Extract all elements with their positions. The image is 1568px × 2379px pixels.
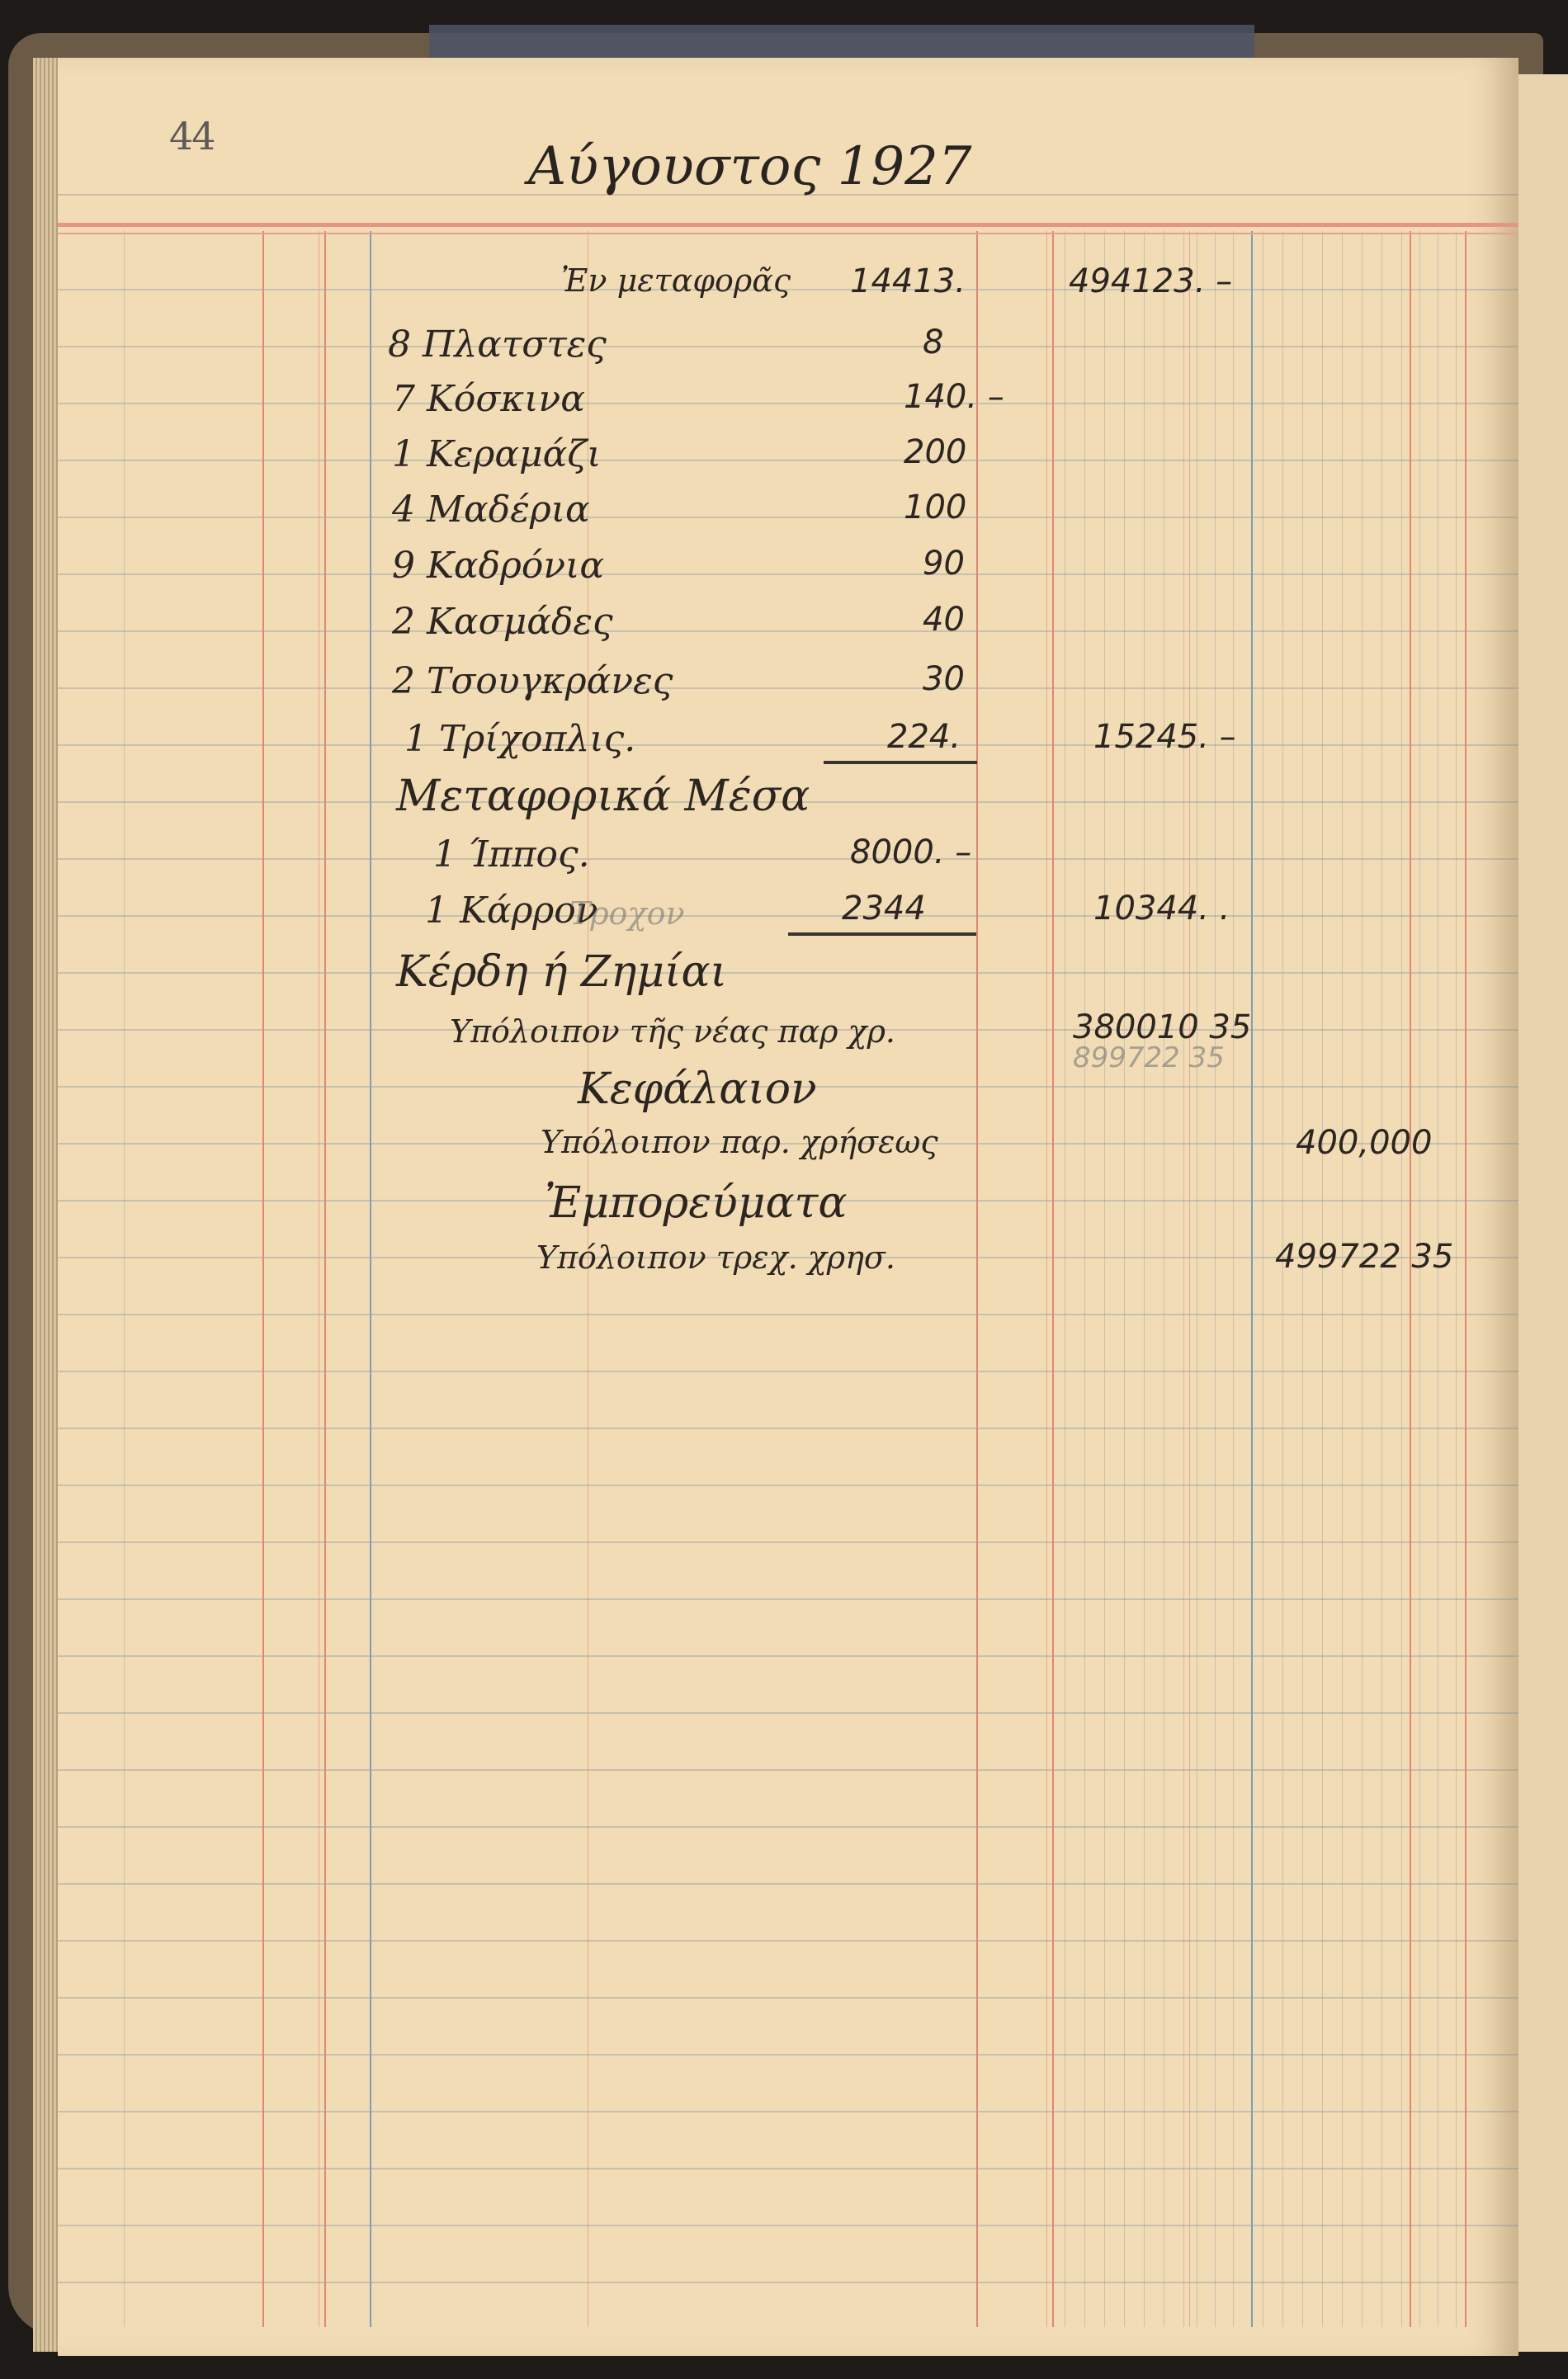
- ruled-line: [58, 1655, 1518, 1657]
- digit-rule: [1401, 231, 1402, 2327]
- total-cents-rule: [1189, 231, 1190, 2327]
- entry-label: 4 Μαδέρια: [392, 489, 590, 531]
- digit-rule: [1282, 231, 1283, 2327]
- ruled-line: [58, 2168, 1518, 2169]
- entry-label: Υπόλοιπον τρεχ. χρησ.: [536, 1239, 895, 1276]
- total-column-rule: [1052, 231, 1054, 2327]
- header-red-rule-thin: [58, 233, 1518, 234]
- digit-rule: [1263, 231, 1263, 2327]
- digit-rule: [1124, 231, 1125, 2327]
- entry-amount: 200: [904, 433, 966, 471]
- page-number: 44: [169, 114, 215, 158]
- amount-column-rule: [976, 231, 978, 2327]
- entry-amount: 224.: [887, 718, 961, 756]
- ruled-line: [58, 1598, 1518, 1600]
- ruled-line: [58, 1712, 1518, 1714]
- digit-rule: [1456, 231, 1457, 2327]
- digit-rule: [1438, 231, 1438, 2327]
- ruled-line: [58, 858, 1518, 860]
- ruled-line: [58, 972, 1518, 974]
- carried-forward-total: 494123. –: [1069, 262, 1232, 300]
- entry-total: 10344. .: [1093, 890, 1230, 928]
- ruled-line: [58, 2054, 1518, 2056]
- entry-amount: 90: [923, 545, 965, 583]
- ruled-line: [58, 1541, 1518, 1543]
- ruled-line: [58, 1371, 1518, 1372]
- entry-label: 2 Κασμάδες: [392, 601, 613, 643]
- entry-label: 9 Καδρόνια: [392, 545, 604, 587]
- digit-rule: [1144, 231, 1145, 2327]
- subtotal-underline: [788, 932, 976, 936]
- section-heading: Κεφάλαιον: [578, 1064, 817, 1114]
- digit-rule: [1302, 231, 1303, 2327]
- digit-rule: [1065, 231, 1065, 2327]
- ruled-line: [58, 915, 1518, 917]
- entry-grand-total: 499722 35: [1275, 1238, 1453, 1276]
- ruled-line: [58, 1940, 1518, 1942]
- ruled-line: [58, 517, 1518, 518]
- ruled-line: [58, 1428, 1518, 1429]
- digit-rule: [1183, 231, 1184, 2327]
- ruled-line: [58, 744, 1518, 746]
- ruled-line: [58, 574, 1518, 575]
- digit-rule: [1419, 231, 1420, 2327]
- digit-rule: [1381, 231, 1382, 2327]
- digit-rule: [1233, 231, 1234, 2327]
- description-column-rule: [370, 231, 371, 2327]
- subtotal-underline: [824, 761, 977, 764]
- entry-amount: 140. –: [904, 378, 1004, 416]
- digit-rule: [1197, 231, 1197, 2327]
- pencil-note: Τροχον: [569, 895, 685, 932]
- digit-rule: [1322, 231, 1323, 2327]
- ruled-line: [58, 346, 1518, 347]
- margin-rule: [124, 231, 125, 2327]
- carried-forward-label: Ἐν μεταφορᾶς: [561, 262, 791, 299]
- entry-grand-total: 400,000: [1296, 1124, 1432, 1162]
- ruled-line: [58, 687, 1518, 689]
- digit-rule: [1164, 231, 1164, 2327]
- pencil-note: 899722 35: [1073, 1041, 1225, 1074]
- page-title: Αύγουστος 1927: [528, 136, 972, 197]
- ruled-line: [58, 403, 1518, 404]
- entry-label: 1 Ίππος.: [433, 833, 590, 876]
- ruled-line: [58, 460, 1518, 461]
- ruled-line: [58, 1883, 1518, 1885]
- right-margin-rule: [1465, 231, 1466, 2327]
- entry-label: 7 Κόσκινα: [392, 378, 585, 420]
- digit-rule: [1362, 231, 1363, 2327]
- section-heading: Μεταφορικά Μέσα: [396, 772, 810, 821]
- entry-label: 2 Τσουγκράνες: [392, 660, 673, 702]
- entry-amount: 30: [923, 660, 965, 698]
- entry-amount: 8: [923, 323, 943, 361]
- date-column-rule: [262, 231, 264, 2327]
- ruled-line: [58, 2282, 1518, 2283]
- ruled-line: [58, 1314, 1518, 1315]
- digit-rule: [1104, 231, 1105, 2327]
- entry-label: Υπόλοιπον τῆς νέας παρ χρ.: [450, 1013, 895, 1050]
- section-heading: Ἐμπορεύματα: [545, 1178, 848, 1228]
- entry-amount: 2344: [842, 890, 926, 928]
- entry-label: Υπόλοιπον παρ. χρήσεως: [541, 1124, 938, 1160]
- entry-label: 8 Πλατστες: [388, 323, 607, 366]
- entry-label: 1 Κεραμάζι: [392, 433, 601, 475]
- section-heading: Κέρδη ή Ζημίαι: [396, 947, 727, 997]
- grand-cents-rule: [1410, 231, 1411, 2327]
- digit-rule: [1342, 231, 1343, 2327]
- grand-total-column-rule: [1251, 231, 1253, 2327]
- ruled-line: [58, 1485, 1518, 1486]
- ruled-line: [58, 2225, 1518, 2226]
- digit-rule: [1215, 231, 1216, 2327]
- ref-column-rule: [324, 231, 326, 2327]
- entry-label: 1 Τρίχοπλις.: [404, 718, 635, 760]
- entry-amount: 8000. –: [850, 833, 971, 871]
- date-column-rule-inner: [319, 231, 319, 2327]
- header-red-rule: [58, 223, 1518, 227]
- ruled-line: [58, 1769, 1518, 1771]
- adjacent-page-edge: [1514, 74, 1568, 2352]
- entry-total: 15245. –: [1093, 718, 1236, 756]
- total-column-rule-inner: [1046, 231, 1047, 2327]
- ruled-line: [58, 1997, 1518, 1999]
- digit-rule: [1084, 231, 1085, 2327]
- entry-amount: 100: [904, 489, 966, 526]
- ruled-line: [58, 2111, 1518, 2112]
- ruled-line: [58, 1826, 1518, 1828]
- carried-forward-amount: 14413.: [850, 262, 966, 300]
- entry-amount: 40: [923, 601, 965, 639]
- ruled-line: [58, 630, 1518, 632]
